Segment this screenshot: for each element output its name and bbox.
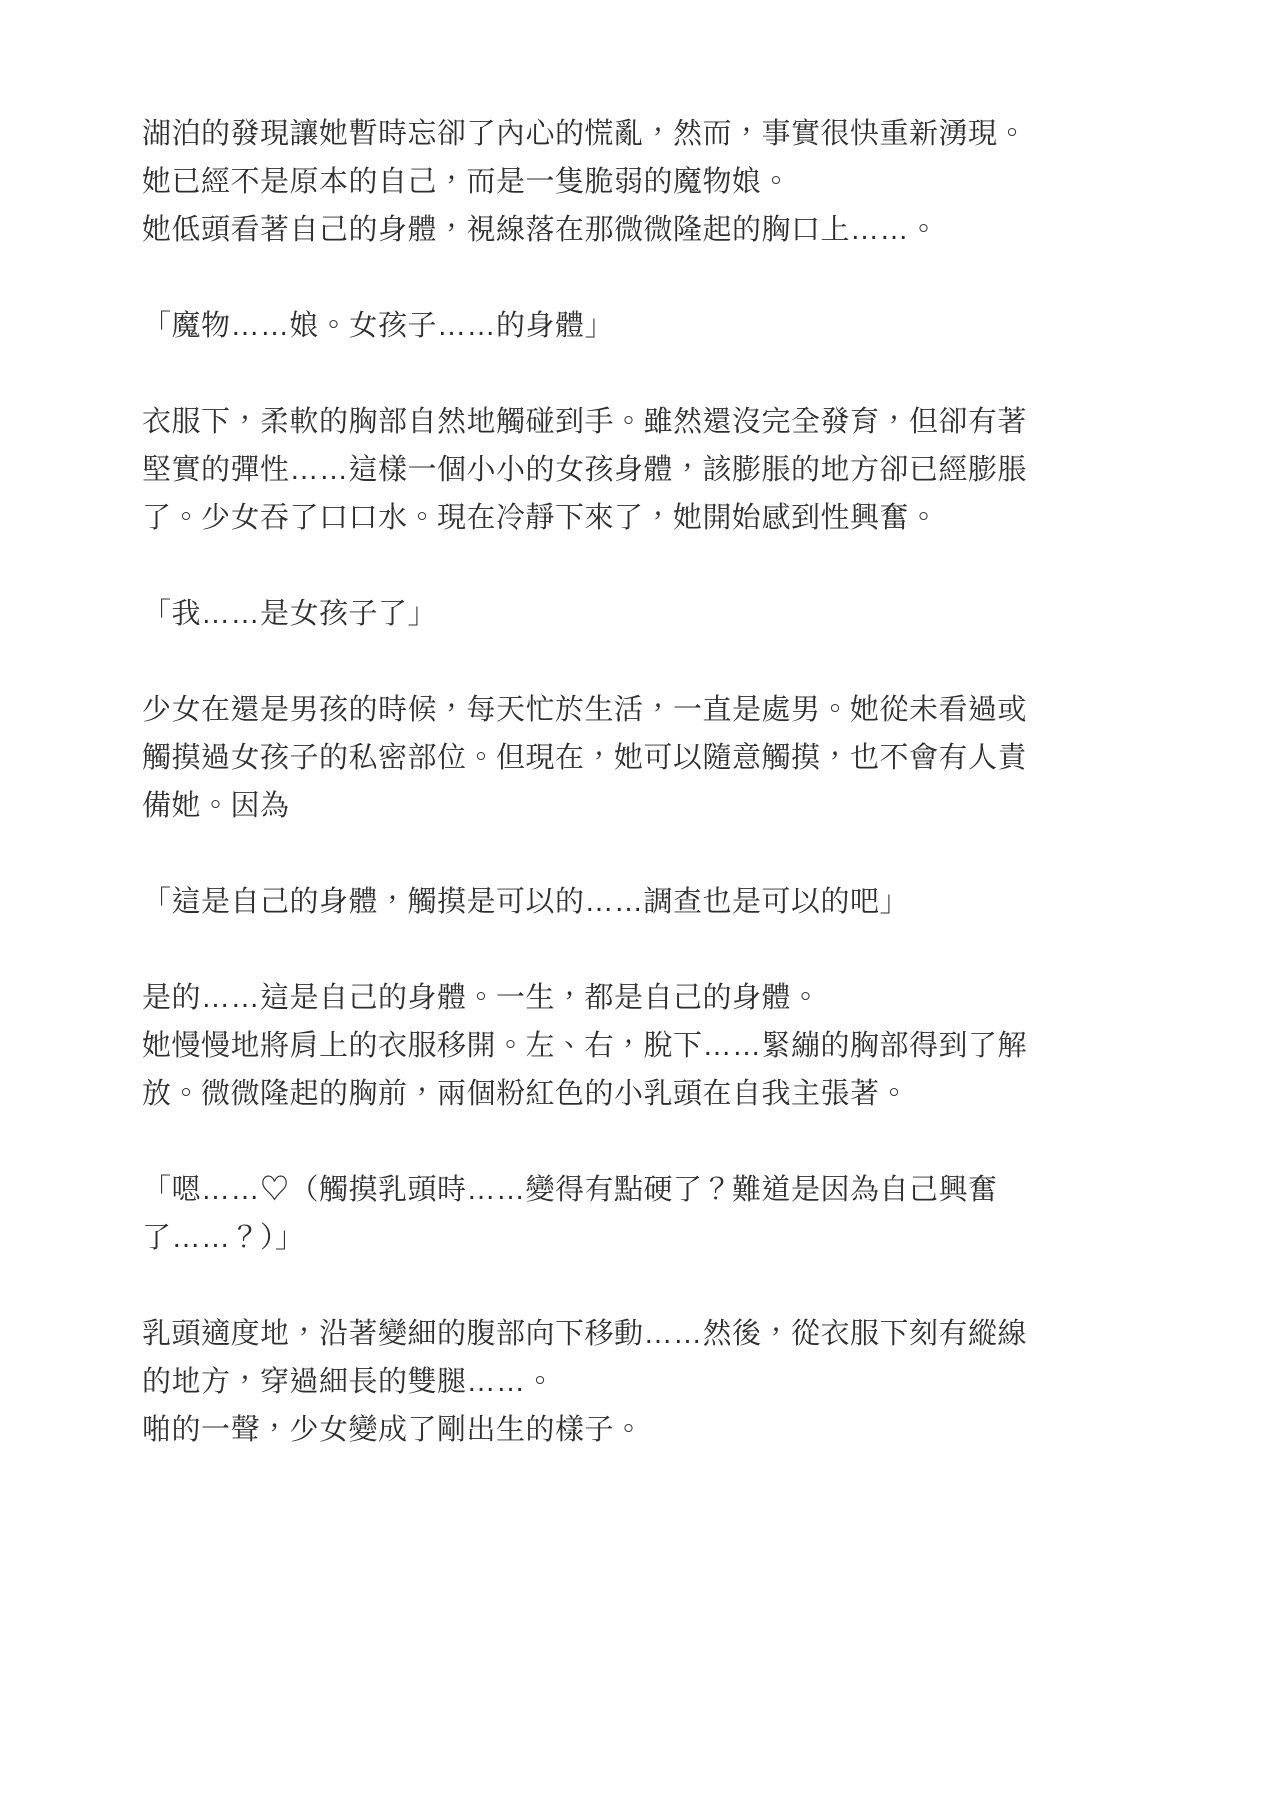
dialogue-line: 「這是自己的身體，觸摸是可以的……調查也是可以的吧」 — [142, 878, 1110, 926]
dialogue-line: 「我……是女孩子了」 — [142, 590, 1110, 638]
novel-page: 湖泊的發現讓她暫時忘卻了內心的慌亂，然而，事實很快重新湧現。 她已經不是原本的自… — [0, 0, 1280, 1810]
dialogue-line: 「嗯……♡（觸摸乳頭時……變得有點硬了？難道是因為自己興奮 了……？）」 — [142, 1166, 1110, 1262]
dialogue-line: 「魔物……娘。女孩子……的身體」 — [142, 302, 1110, 350]
narration-paragraph: 少女在還是男孩的時候，每天忙於生活，一直是處男。她從未看過或 觸摸過女孩子的私密… — [142, 686, 1110, 830]
narration-paragraph: 湖泊的發現讓她暫時忘卻了內心的慌亂，然而，事實很快重新湧現。 她已經不是原本的自… — [142, 110, 1110, 254]
narration-paragraph: 衣服下，柔軟的胸部自然地觸碰到手。雖然還沒完全發育，但卻有著 堅實的彈性……這樣… — [142, 398, 1110, 542]
narration-paragraph: 是的……這是自己的身體。一生，都是自己的身體。 她慢慢地將肩上的衣服移開。左、右… — [142, 974, 1110, 1118]
narration-paragraph: 乳頭適度地，沿著變細的腹部向下移動……然後，從衣服下刻有縱線 的地方，穿過細長的… — [142, 1310, 1110, 1454]
